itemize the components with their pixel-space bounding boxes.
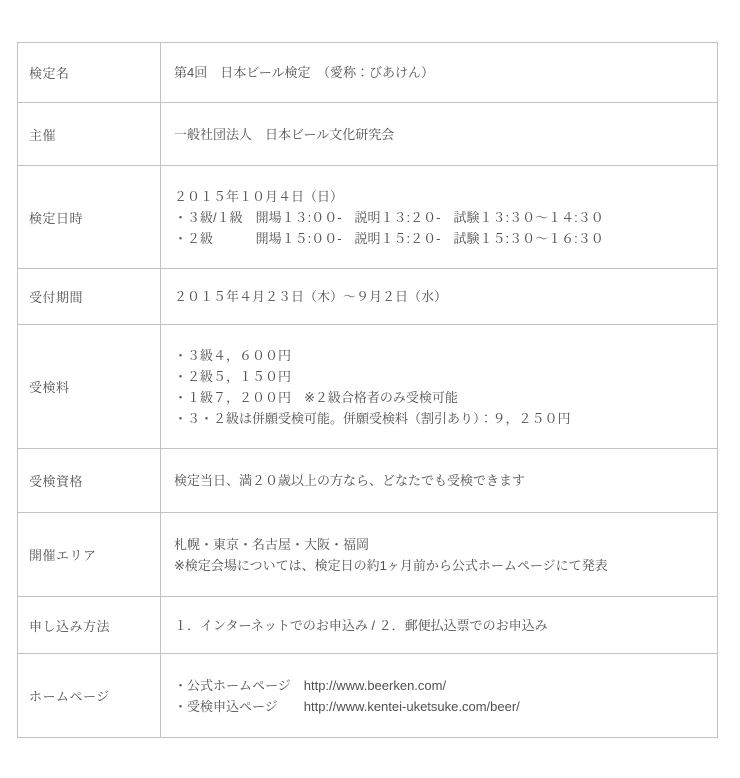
table-row: 開催エリア札幌・東京・名古屋・大阪・福岡※検定会場については、検定日の約1ヶ月前… xyxy=(18,513,718,597)
table-row: 受検資格検定当日、満２０歳以上の方なら、どなたでも受検できます xyxy=(18,449,718,513)
value-line: ・３級/１級 開場１３:００- 説明１３:２０- 試験１３:３０～１４:３０ xyxy=(174,207,707,228)
row-label: ホームページ xyxy=(18,654,161,738)
row-value: ・３級４，６００円・２級５，１５０円・１級７，２００円 ※２級合格者のみ受検可能… xyxy=(161,325,718,449)
row-value: 検定当日、満２０歳以上の方なら、どなたでも受検できます xyxy=(161,449,718,513)
value-line: ２０１５年１０月４日（日） xyxy=(174,186,707,207)
value-line: ・公式ホームページ http://www.beerken.com/ xyxy=(174,675,707,696)
row-label: 開催エリア xyxy=(18,513,161,597)
row-label: 検定日時 xyxy=(18,166,161,269)
row-label: 申し込み方法 xyxy=(18,597,161,654)
row-label: 受付期間 xyxy=(18,269,161,325)
value-line: 検定当日、満２０歳以上の方なら、どなたでも受検できます xyxy=(174,470,707,491)
row-value: 札幌・東京・名古屋・大阪・福岡※検定会場については、検定日の約1ヶ月前から公式ホ… xyxy=(161,513,718,597)
value-line: ・受検申込ページ http://www.kentei-uketsuke.com/… xyxy=(174,696,707,717)
table-row: 申し込み方法１．インターネットでのお申込み / ２．郵便払込票でのお申込み xyxy=(18,597,718,654)
row-label: 受検資格 xyxy=(18,449,161,513)
value-line: 札幌・東京・名古屋・大阪・福岡 xyxy=(174,534,707,555)
row-value: 第4回 日本ビール検定 （愛称：びあけん） xyxy=(161,43,718,103)
value-line: ・２級５，１５０円 xyxy=(174,366,707,387)
row-value: １．インターネットでのお申込み / ２．郵便払込票でのお申込み xyxy=(161,597,718,654)
table-row: ホームページ・公式ホームページ http://www.beerken.com/・… xyxy=(18,654,718,738)
table-row: 受検料・３級４，６００円・２級５，１５０円・１級７，２００円 ※２級合格者のみ受… xyxy=(18,325,718,449)
row-label: 検定名 xyxy=(18,43,161,103)
exam-info-table-body: 検定名第4回 日本ビール検定 （愛称：びあけん）主催一般社団法人 日本ビール文化… xyxy=(18,43,718,738)
row-value: 一般社団法人 日本ビール文化研究会 xyxy=(161,103,718,166)
row-label: 受検料 xyxy=(18,325,161,449)
row-label: 主催 xyxy=(18,103,161,166)
value-line: 第4回 日本ビール検定 （愛称：びあけん） xyxy=(174,62,707,83)
value-line: １．インターネットでのお申込み / ２．郵便払込票でのお申込み xyxy=(174,615,707,636)
table-row: 主催一般社団法人 日本ビール文化研究会 xyxy=(18,103,718,166)
value-line: ・１級７，２００円 ※２級合格者のみ受検可能 xyxy=(174,387,707,408)
value-line: ・３級４，６００円 xyxy=(174,345,707,366)
value-line: ・２級 開場１５:００- 説明１５:２０- 試験１５:３０～１６:３０ xyxy=(174,228,707,249)
value-line: ※検定会場については、検定日の約1ヶ月前から公式ホームページにて発表 xyxy=(174,555,707,576)
value-line: ・３・２級は併願受検可能。併願受検料（割引あり）：９，２５０円 xyxy=(174,408,707,429)
table-row: 受付期間２０１５年４月２３日（木）～９月２日（水） xyxy=(18,269,718,325)
table-row: 検定日時２０１５年１０月４日（日）・３級/１級 開場１３:００- 説明１３:２０… xyxy=(18,166,718,269)
row-value: ２０１５年１０月４日（日）・３級/１級 開場１３:００- 説明１３:２０- 試験… xyxy=(161,166,718,269)
row-value: ・公式ホームページ http://www.beerken.com/・受検申込ペー… xyxy=(161,654,718,738)
exam-info-table: 検定名第4回 日本ビール検定 （愛称：びあけん）主催一般社団法人 日本ビール文化… xyxy=(17,42,718,738)
row-value: ２０１５年４月２３日（木）～９月２日（水） xyxy=(161,269,718,325)
table-row: 検定名第4回 日本ビール検定 （愛称：びあけん） xyxy=(18,43,718,103)
value-line: ２０１５年４月２３日（木）～９月２日（水） xyxy=(174,286,707,307)
page: 検定名第4回 日本ビール検定 （愛称：びあけん）主催一般社団法人 日本ビール文化… xyxy=(0,0,740,778)
value-line: 一般社団法人 日本ビール文化研究会 xyxy=(174,124,707,145)
